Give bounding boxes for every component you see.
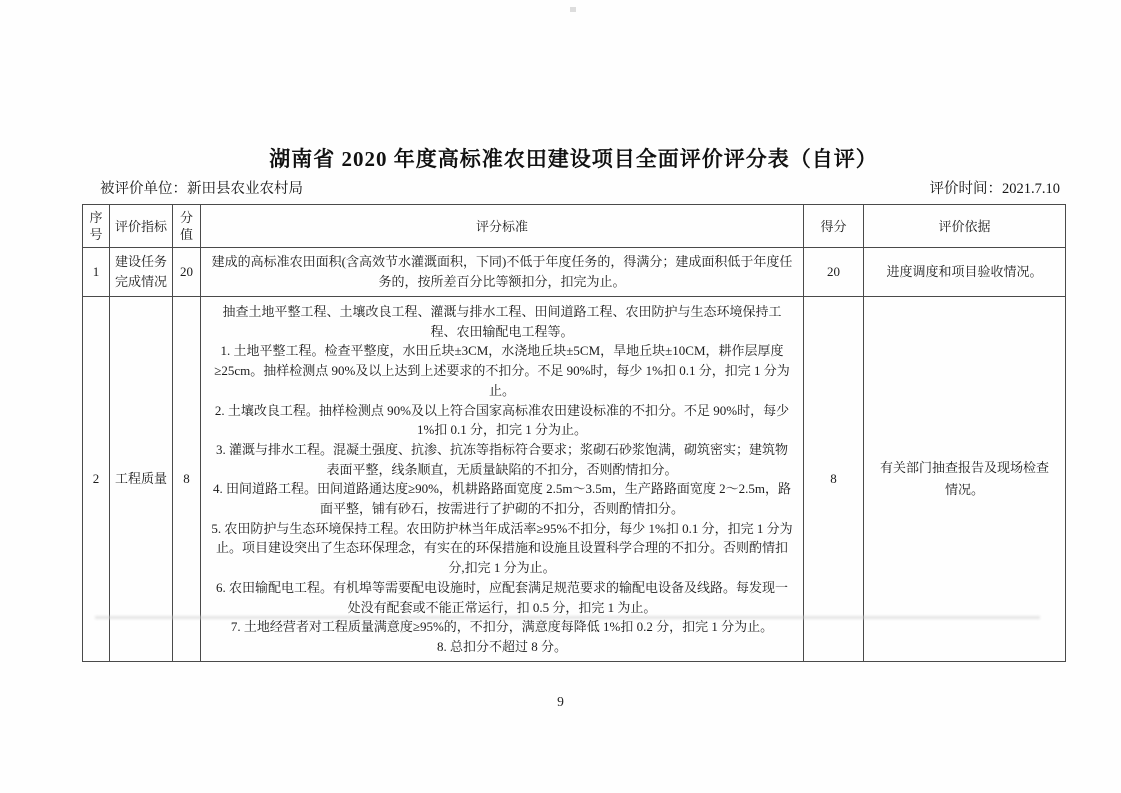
table-header-row: 序号 评价指标 分值 评分标准 得分 评价依据 <box>83 205 1066 248</box>
table-row: 1 建设任务完成情况 20 建成的高标准农田面积(含高效节水灌溉面积，下同)不低… <box>83 248 1066 297</box>
meta-line: 被评价单位：新田县农业农村局 评价时间：2021.7.10 <box>82 177 1065 198</box>
document-page: 湖南省 2020 年度高标准农田建设项目全面评价评分表（自评） 被评价单位：新田… <box>0 0 1121 793</box>
cell-row-no: 2 <box>83 297 110 662</box>
column-header-points: 分值 <box>173 205 201 248</box>
cell-basis: 进度调度和项目验收情况。 <box>864 248 1066 297</box>
cell-criteria: 抽查土地平整工程、土壤改良工程、灌溉与排水工程、田间道路工程、农田防护与生态环境… <box>201 297 804 662</box>
scan-artifact <box>570 7 576 12</box>
column-header-indicator: 评价指标 <box>110 205 173 248</box>
column-header-basis: 评价依据 <box>864 205 1066 248</box>
cell-indicator: 工程质量 <box>110 297 173 662</box>
score-table: 序号 评价指标 分值 评分标准 得分 评价依据 1 建设任务完成情况 20 建成… <box>82 204 1066 662</box>
table-row: 2 工程质量 8 抽查土地平整工程、土壤改良工程、灌溉与排水工程、田间道路工程、… <box>83 297 1066 662</box>
cell-row-no: 1 <box>83 248 110 297</box>
cell-score: 20 <box>804 248 864 297</box>
cell-score: 8 <box>804 297 864 662</box>
scan-shadow <box>95 616 1040 619</box>
cell-points: 20 <box>173 248 201 297</box>
page-title: 湖南省 2020 年度高标准农田建设项目全面评价评分表（自评） <box>82 143 1065 173</box>
cell-criteria: 建成的高标准农田面积(含高效节水灌溉面积，下同)不低于年度任务的，得满分；建成面… <box>201 248 804 297</box>
cell-basis: 有关部门抽查报告及现场检查情况。 <box>864 297 1066 662</box>
column-header-no: 序号 <box>83 205 110 248</box>
cell-indicator: 建设任务完成情况 <box>110 248 173 297</box>
cell-points: 8 <box>173 297 201 662</box>
page-number: 9 <box>0 694 1121 710</box>
column-header-score: 得分 <box>804 205 864 248</box>
column-header-criteria: 评分标准 <box>201 205 804 248</box>
evaluated-unit: 被评价单位：新田县农业农村局 <box>82 177 303 198</box>
evaluation-time: 评价时间：2021.7.10 <box>930 177 1066 198</box>
